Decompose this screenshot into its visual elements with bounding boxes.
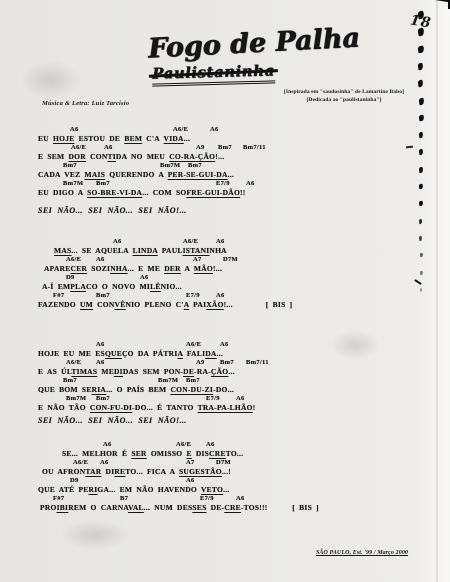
lyric-segment: OMISSO	[147, 449, 187, 458]
lyric-segment: TIMAS	[71, 367, 97, 376]
binding-mark	[419, 201, 423, 207]
lyric-segment: E AS ÚL	[38, 367, 71, 376]
lyric-line: E SEM DOR CONTIDA NO MEU CO-RA-ÇÃO!...	[38, 152, 398, 162]
scan-dash-artifact	[406, 146, 413, 148]
chord: A6	[103, 441, 112, 448]
lyric-segment: -RA-	[194, 367, 211, 376]
chord: Bm7	[96, 292, 110, 299]
lyric-segment: SES	[192, 503, 206, 512]
lyric-segment: [ BIS ]	[268, 503, 319, 512]
lyric-segment: LÊ	[150, 282, 161, 291]
chord: A6	[100, 459, 109, 466]
binding-mark	[418, 149, 423, 156]
lyric-segment: NHA	[110, 264, 127, 273]
lyric-line: EU DIGO A SO-BRE-VI-DA... COM SOFRE-GUI-…	[38, 188, 398, 198]
lyric-segment: DI	[101, 467, 114, 476]
chord-line: D9A6	[38, 274, 398, 282]
song-title: Fogo de Palha	[147, 23, 358, 65]
binding-mark	[419, 184, 424, 190]
chord: Bm7	[96, 395, 110, 402]
lyric-segment: CON-DU-ZI	[170, 385, 213, 394]
binding-marks	[417, 11, 427, 311]
chord: Bm7M	[160, 162, 180, 169]
lyric-segment: DE-	[207, 503, 225, 512]
chord: A6	[104, 144, 113, 151]
lyric-segment: TRA-PA-LHÃO	[198, 403, 253, 412]
chord-line: A6/EA6A7D7M	[38, 256, 398, 264]
lyric-segment: SER	[131, 449, 146, 458]
lyric-segment: MÃO	[194, 264, 213, 273]
credit-line: Música & Letra: Luiz Tarcísio	[42, 100, 129, 107]
chord: E7/9	[206, 395, 220, 402]
chord: A6	[206, 441, 215, 448]
chord: A6	[70, 126, 79, 133]
binding-mark	[418, 114, 424, 121]
lyric-segment: FALI	[183, 349, 206, 358]
lyric-segment: A	[181, 264, 194, 273]
binding-mark	[419, 218, 423, 223]
lyric-segment: !...	[224, 300, 233, 309]
chord: A6	[210, 126, 219, 133]
binding-mark	[419, 166, 424, 172]
lyric-segment: ISTANI	[183, 246, 210, 255]
refrain-line-1: SEI NÃO... SEI NÃO... SEI NÃO!...	[38, 206, 187, 215]
chord-line: Bm7MBm7E7/9A6	[38, 180, 398, 188]
refrain-line-2: SEI NÃO... SEI NÃO... SEI NÃO!...	[38, 416, 187, 425]
lyric-segment: C'A	[142, 134, 163, 143]
chord: A6/E	[66, 256, 81, 263]
chord-line: A6/EA6A7D7M	[38, 459, 398, 467]
lyric-segment: SO-BRE-VI-DA	[87, 188, 142, 197]
chord: A6	[236, 495, 245, 502]
lyric-segment: ME	[97, 367, 114, 376]
lyric-segment: PRO	[40, 503, 57, 512]
lyric-segment: !...	[215, 152, 224, 161]
lyric-line: E NÃO TÃO CON-FU-DI-DO... É TANTO TRA-PA…	[38, 403, 398, 413]
lyric-segment: PER-SE-GUI-DA	[168, 170, 228, 179]
lyric-segment: ... SE AQUELA	[71, 246, 132, 255]
chord-line: F#7B7E7/9A6	[38, 495, 398, 503]
chord: F#7	[53, 292, 64, 299]
lyric-line: SE... MELHOR É SER OMISSO E DISCRETO...	[38, 449, 398, 459]
chord: Bm7/11	[243, 144, 266, 151]
chord: A6	[96, 256, 105, 263]
chord: D7M	[216, 459, 231, 466]
chord-line: A6/EA6A9Bm7Bm7/11	[38, 359, 398, 367]
page-edge-shadow	[436, 0, 438, 582]
lyric-segment: TO...	[226, 449, 244, 458]
lyric-segment: CER	[71, 264, 88, 273]
lyric-segment: IBI	[57, 503, 69, 512]
scan-smudge	[60, 520, 130, 550]
binding-mark	[419, 288, 422, 292]
chord: A6/E	[73, 459, 88, 466]
lyric-segment: ...	[184, 134, 190, 143]
chord: A6	[186, 477, 195, 484]
lyric-segment: MAIS	[85, 170, 106, 179]
chord: Bm7M	[158, 377, 178, 384]
binding-mark	[419, 270, 422, 274]
lyric-segment: DER	[164, 264, 181, 273]
lyric-line: EU HOJE ESTOU DE BEM C'A VIDA...	[38, 134, 398, 144]
lyric-segment: SE... MELHOR É	[62, 449, 131, 458]
lyric-segment: -DO...	[213, 385, 234, 394]
verse-4: A6A6/EA6SE... MELHOR É SER OMISSO E DISC…	[38, 441, 398, 513]
chord: A7	[186, 459, 195, 466]
lyric-segment: CON	[93, 300, 115, 309]
lyric-segment: ...	[228, 367, 234, 376]
struck-subtitle: Paulistaninha	[152, 61, 275, 86]
lyric-segment: DOR	[69, 152, 86, 161]
chord: Bm7M	[66, 395, 86, 402]
lyric-segment: VAL	[128, 503, 144, 512]
chord: A6	[96, 341, 105, 348]
lyric-segment: -DO... É TANTO	[132, 403, 197, 412]
lyric-segment: LINDA	[133, 246, 158, 255]
lyric-segment: ÇÃO	[211, 367, 228, 376]
lyric-segment: !...	[213, 264, 222, 273]
chord: A9	[196, 359, 205, 366]
lyric-segment: ... COM SO	[142, 188, 186, 197]
lyric-segment: ... O PAÍS BEM	[106, 385, 170, 394]
lyric-segment: DI	[114, 367, 123, 376]
chord-line: Bm7MBm7E7/9A6	[38, 395, 398, 403]
lyric-segment: EU	[38, 134, 53, 143]
binding-mark	[418, 132, 423, 139]
verse-3: A6A6/EA6HOJE EU ME ESQUEÇO DA PÁTRIA FAL…	[38, 341, 398, 413]
chord: Bm7	[63, 377, 77, 384]
lyric-segment: ÇO DA PÁTRI	[122, 349, 178, 358]
lyric-segment: DAS SEM PON-	[123, 367, 183, 376]
lyric-line: CADA VEZ MAIS QUERENDO A PER-SE-GUI-DA..…	[38, 170, 398, 180]
chord: Bm7	[186, 377, 200, 384]
lyric-segment: CRE	[224, 503, 241, 512]
lyric-segment: NIO PLENO C'	[125, 300, 183, 309]
lyric-segment: EU DIGO A	[38, 188, 87, 197]
lyric-segment: CON	[86, 152, 108, 161]
lyric-segment: MAS	[54, 246, 71, 255]
lyric-segment: XÃO	[206, 300, 223, 309]
chord-line: A6A6/EA6	[38, 238, 398, 246]
lyric-line: PROIBIREM O CARNAVAL... NUM DESSES DE-CR…	[38, 503, 398, 513]
lyric-segment: E NÃO TÃO	[38, 403, 90, 412]
lyric-segment: E SEM	[38, 152, 69, 161]
dedication-block: [Inspirada em "saudosinha" de Lamartine …	[268, 89, 420, 104]
chord: A6	[246, 180, 255, 187]
lyric-segment: SUGESTÃO	[179, 467, 222, 476]
lyric-line: FAZENDO UM CONVÊNIO PLENO C'A PAIXÃO!...…	[38, 300, 398, 310]
lyric-segment: REM O CARNA	[68, 503, 128, 512]
lyric-line: OU AFRONTAR DIRETO... FICA A SUGESTÃO...…	[38, 467, 398, 477]
lyric-line: QUE ATÉ PERIGA... EM NÃO HAVENDO VETO...	[38, 485, 398, 495]
lyric-segment: UM	[80, 300, 93, 309]
lyric-segment: CRE	[209, 449, 226, 458]
chord: A6	[113, 238, 122, 245]
lyric-segment: CADA VEZ	[38, 170, 85, 179]
scan-smudge	[20, 60, 80, 100]
lyric-segment: DA NO MEU	[116, 152, 169, 161]
lyric-segment: VÊ	[115, 300, 126, 309]
lyric-segment: ...	[217, 349, 223, 358]
chord: A7	[193, 256, 202, 263]
lyric-line: MAS... SE AQUELA LINDA PAULISTANINHA	[38, 246, 398, 256]
chord: A9	[196, 144, 205, 151]
lyric-segment: ... E ME	[128, 264, 165, 273]
chord: Bm7	[218, 144, 232, 151]
lyric-segment: PLA	[70, 282, 86, 291]
chord: A6	[96, 359, 105, 366]
chord: Bm7M	[63, 180, 83, 187]
lyric-line: HOJE EU ME ESQUEÇO DA PÁTRIA FALIDA...	[38, 349, 398, 359]
chord-line: A6A6/EA6	[38, 441, 398, 449]
dedication-line-2: [Dedicada ao "paulistaninha"]	[268, 97, 420, 105]
footer-note: SÃO PAULO, Est. '99 / Março 2000	[302, 550, 422, 556]
chord: D9	[70, 477, 79, 484]
chord: A6/E	[186, 341, 201, 348]
binding-mark	[419, 253, 423, 258]
lyric-segment: QUE ATÉ PE	[38, 485, 89, 494]
chord: A6	[236, 395, 245, 402]
chord: Bm7	[220, 359, 234, 366]
chord: E7/9	[200, 495, 214, 502]
lyric-segment: PAI	[189, 300, 206, 309]
lyric-segment: HOJE EU ME ES	[38, 349, 105, 358]
lyric-segment: GA... EM NÃO HAVENDO	[97, 485, 201, 494]
scanned-page: 18 Fogo de Palha Paulistaninha Música & …	[0, 0, 450, 582]
lyric-segment: [ BIS ]	[233, 300, 293, 309]
lyric-segment: TAR	[85, 467, 101, 476]
lyric-segment: DE	[183, 367, 194, 376]
chord-line: Bm7Bm7MBm7	[38, 162, 398, 170]
chord-line: A6/EA6A9Bm7Bm7/11	[38, 144, 398, 152]
lyric-segment: ...!	[222, 467, 231, 476]
lyric-segment: FAZENDO	[38, 300, 80, 309]
chord: Bm7	[96, 180, 110, 187]
lyric-segment: FRE-GUI-DÃO	[186, 188, 240, 197]
lyric-segment: CON-FU-DI	[90, 403, 132, 412]
lyric-segment: ...	[223, 485, 229, 494]
binding-mark	[418, 45, 425, 53]
chord-line: D9A6	[38, 477, 398, 485]
chord: A6	[216, 292, 225, 299]
lyric-segment: ...	[228, 170, 234, 179]
lyric-segment: CO-RA-ÇÃO	[169, 152, 215, 161]
lyric-segment: RE	[114, 467, 125, 476]
chord-line: A6A6/EA6	[38, 126, 398, 134]
lyric-segment: -TOS!!!	[241, 503, 268, 512]
page-number: 18	[409, 12, 433, 31]
binding-mark	[418, 80, 424, 88]
lyric-segment: RIA	[92, 385, 107, 394]
lyric-segment: !!	[240, 188, 246, 197]
chord: B7	[120, 495, 128, 502]
lyric-segment: ... NUM DES	[144, 503, 193, 512]
chord: F#7	[53, 495, 64, 502]
lyric-segment: DA	[205, 349, 216, 358]
chord: A6	[140, 274, 149, 281]
dedication-line-1: [Inspirada em "saudosinha" de Lamartine …	[268, 89, 420, 97]
lyric-segment: TO... FICA A	[125, 467, 179, 476]
lyric-line: A-Í EMPLACO O NOVO MILÊNIO...	[38, 282, 398, 292]
chord: D9	[66, 274, 75, 281]
chord: A6/E	[176, 441, 191, 448]
chord: E7/9	[186, 292, 200, 299]
verse-2: A6A6/EA6MAS... SE AQUELA LINDA PAULISTAN…	[38, 238, 398, 310]
lyric-line: E AS ÚLTIMAS MEDIDAS SEM PON-DE-RA-ÇÃO..…	[38, 367, 398, 377]
lyric-segment: !	[253, 403, 256, 412]
chord: A6	[216, 238, 225, 245]
chord: A6	[220, 341, 229, 348]
chord: E7/9	[216, 180, 230, 187]
lyric-segment: SOZI	[87, 264, 110, 273]
lyric-segment: DIS	[192, 449, 209, 458]
lyric-segment: APARE	[44, 264, 71, 273]
lyric-segment: NIO...	[161, 282, 182, 291]
chord-line: Bm7Bm7MBm7	[38, 377, 398, 385]
chord-line: A6A6/EA6	[38, 341, 398, 349]
lyric-segment: VETO	[201, 485, 223, 494]
chord: A6/E	[71, 144, 86, 151]
chord: Bm7/11	[246, 359, 269, 366]
lyric-segment: VIDA	[164, 134, 184, 143]
lyric-segment: TI	[107, 152, 115, 161]
chord: A6/E	[66, 359, 81, 366]
lyric-segment: A-Í EM	[42, 282, 70, 291]
lyric-segment: BEM	[124, 134, 142, 143]
lyric-segment: OU AFRON	[42, 467, 85, 476]
verse-1: A6A6/EA6EU HOJE ESTOU DE BEM C'A VIDA...…	[38, 126, 398, 198]
chord-line: F#7Bm7E7/9A6	[38, 292, 398, 300]
lyric-segment: CO O NOVO MI	[86, 282, 150, 291]
lyric-segment: NHA	[209, 246, 226, 255]
lyric-segment: QUERENDO A	[105, 170, 168, 179]
lyric-segment: PAUL	[158, 246, 183, 255]
chord: A6/E	[173, 126, 188, 133]
chord: A6/E	[183, 238, 198, 245]
lyric-line: QUE BOM SERIA... O PAÍS BEM CON-DU-ZI-DO…	[38, 385, 398, 395]
chord: Bm7	[188, 162, 202, 169]
chord: Bm7	[63, 162, 77, 169]
lyric-line: APARECER SOZINHA... E ME DER A MÃO!...	[38, 264, 398, 274]
chord: D7M	[223, 256, 238, 263]
lyric-segment: ESTOU DE	[74, 134, 124, 143]
binding-mark	[419, 236, 423, 241]
lyric-segment: QUE BOM SE	[38, 385, 92, 394]
lyric-segment: QUE	[105, 349, 122, 358]
binding-mark	[418, 62, 425, 70]
lyric-segment: HOJE	[53, 134, 74, 143]
